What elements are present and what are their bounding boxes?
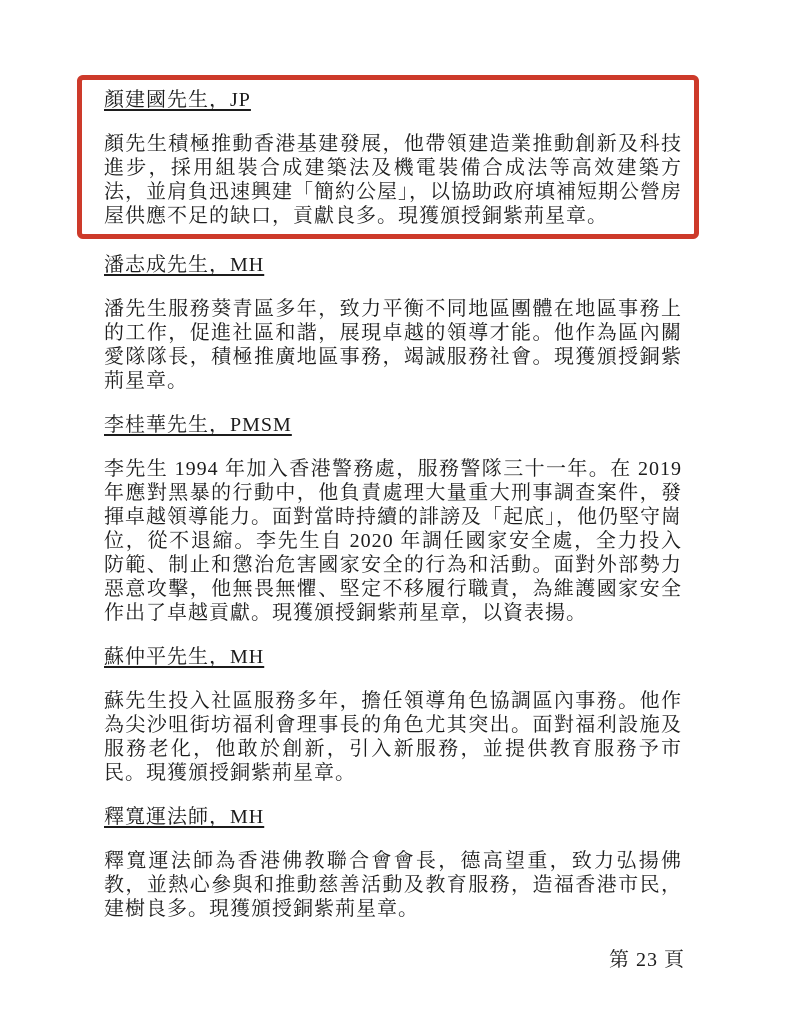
citation-paragraph: 釋寬運法師為香港佛教聯合會會長，德高望重，致力弘揚佛教，並熱心參與和推動慈善活動… bbox=[104, 849, 682, 921]
honouree-name-heading: 李桂華先生，PMSM bbox=[104, 413, 682, 437]
citation-paragraph: 蘇先生投入社區服務多年，擔任領導角色協調區內事務。他作為尖沙咀街坊福利會理事長的… bbox=[104, 689, 682, 785]
document-page: 顏建國先生，JP 顏先生積極推動香港基建發展，他帶領建造業推動創新及科技進步，採… bbox=[0, 0, 791, 1024]
honouree-name-heading: 顏建國先生，JP bbox=[104, 88, 682, 112]
citation-paragraph: 李先生 1994 年加入香港警務處，服務警隊三十一年。在 2019 年應對黑暴的… bbox=[104, 457, 682, 625]
citation-paragraph: 顏先生積極推動香港基建發展，他帶領建造業推動創新及科技進步，採用組裝合成建築法及… bbox=[104, 132, 682, 228]
honouree-section: 潘志成先生，MH 潘先生服務葵青區多年，致力平衡不同地區團體在地區事務上的工作，… bbox=[104, 253, 682, 393]
page-number-footer: 第 23 頁 bbox=[609, 948, 685, 972]
honouree-section: 蘇仲平先生，MH 蘇先生投入社區服務多年，擔任領導角色協調區內事務。他作為尖沙咀… bbox=[104, 645, 682, 785]
honouree-name-heading: 釋寬運法師，MH bbox=[104, 805, 682, 829]
honouree-section: 李桂華先生，PMSM 李先生 1994 年加入香港警務處，服務警隊三十一年。在 … bbox=[104, 413, 682, 625]
honouree-section: 顏建國先生，JP 顏先生積極推動香港基建發展，他帶領建造業推動創新及科技進步，採… bbox=[104, 88, 682, 228]
red-highlight-annotation-box: 顏建國先生，JP 顏先生積極推動香港基建發展，他帶領建造業推動創新及科技進步，採… bbox=[77, 75, 699, 239]
honouree-name-heading: 潘志成先生，MH bbox=[104, 253, 682, 277]
honouree-section: 釋寬運法師，MH 釋寬運法師為香港佛教聯合會會長，德高望重，致力弘揚佛教，並熱心… bbox=[104, 805, 682, 921]
page-content: 顏建國先生，JP 顏先生積極推動香港基建發展，他帶領建造業推動創新及科技進步，採… bbox=[104, 75, 682, 921]
honouree-name-heading: 蘇仲平先生，MH bbox=[104, 645, 682, 669]
citation-paragraph: 潘先生服務葵青區多年，致力平衡不同地區團體在地區事務上的工作，促進社區和諧，展現… bbox=[104, 297, 682, 393]
